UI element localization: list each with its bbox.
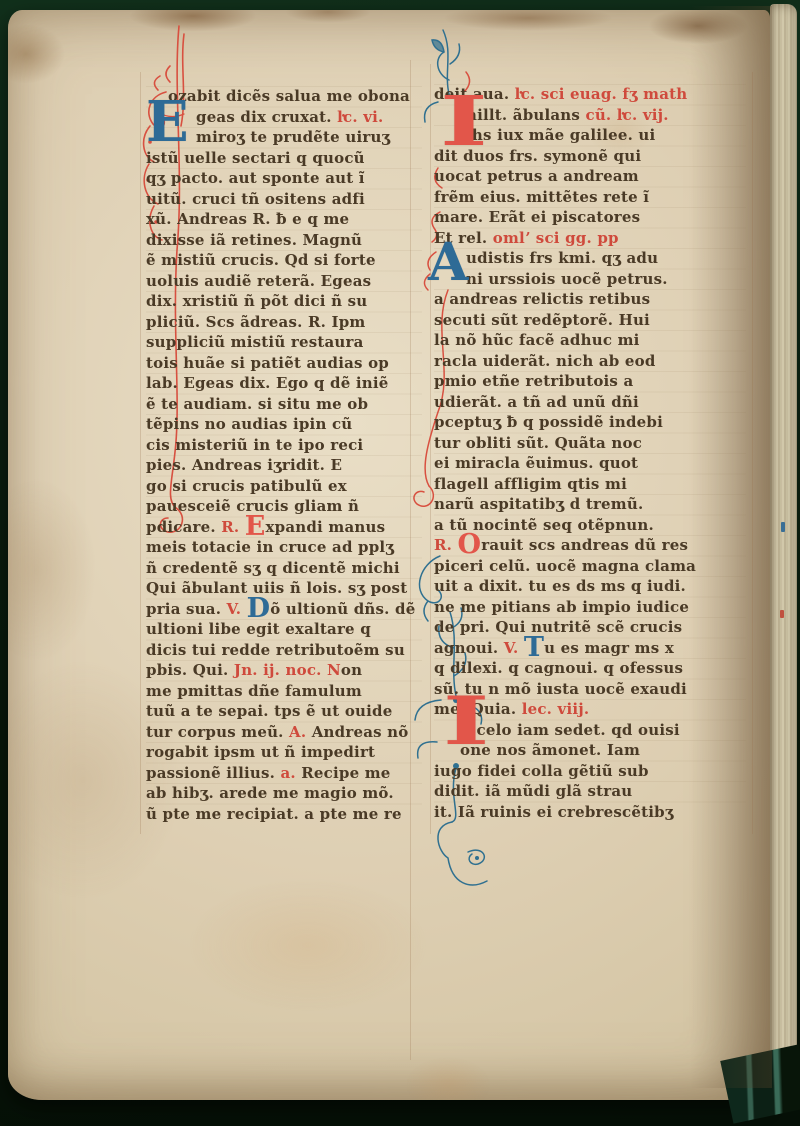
text-run: agnoui. xyxy=(434,639,504,657)
text-run: la nõ hũc facẽ adhuc mi xyxy=(434,331,640,349)
inline-initial-blue: D xyxy=(247,593,271,624)
text-line: ñ credentẽ sʒ q dicentẽ michi xyxy=(146,558,422,579)
text-line: udistis frs kmi. qʒ adu xyxy=(434,248,746,269)
text-line: de pri. Qui nutritẽ scẽ crucis xyxy=(434,617,746,638)
text-line: uocat petrus a andream xyxy=(434,166,746,187)
rubric-run: cũ. ŀc. vij. xyxy=(585,106,668,124)
text-line: suppliciũ mistiũ restaura xyxy=(146,332,422,353)
rubric-run: V. xyxy=(504,639,524,657)
text-line: tois huãe si patiẽt audias op xyxy=(146,353,422,374)
text-line: pdicare. R. Expandi manus xyxy=(146,517,422,538)
text-run: ũ pte me recipiat. a pte me re xyxy=(146,805,402,823)
text-run: me pmittas dñe famulum xyxy=(146,682,362,700)
text-run: õ ultionũ dñs. dẽ xyxy=(270,600,415,618)
text-run: xpandi manus xyxy=(266,518,386,536)
illuminated-initial-I: I xyxy=(443,692,489,751)
text-run: ozabit dicẽs salua me obona xyxy=(168,87,410,105)
text-run: udierãt. a tñ ad unũ dñi xyxy=(434,393,639,411)
text-run: go si crucis patibulũ ex xyxy=(146,477,347,495)
text-run: iugo fidei colla gẽtiũ sub xyxy=(434,762,649,780)
text-line: a andreas relictis retibus xyxy=(434,289,746,310)
text-line: pauesceiẽ crucis gliam ñ xyxy=(146,496,422,517)
text-run: Qui ãbulant uiis ñ lois. sʒ post xyxy=(146,579,407,597)
text-run: geas dix cruxat. xyxy=(196,108,337,126)
text-run: flagell affligim qtis mi xyxy=(434,475,627,493)
text-run: uit a dixit. tu es ds ms q iudi. xyxy=(434,577,686,595)
text-line: la nõ hũc facẽ adhuc mi xyxy=(434,330,746,351)
ruling-line-left xyxy=(140,72,141,834)
fore-edge-blue-fleck xyxy=(781,522,785,532)
text-run: miroʒ te prudẽte uiruʒ xyxy=(196,128,390,146)
text-run: lab. Egeas dix. Ego q dẽ iniẽ xyxy=(146,374,389,392)
text-run: tẽpins no audias ipin cũ xyxy=(146,415,352,433)
text-line: racla uiderãt. nich ab eod xyxy=(434,351,746,372)
text-line: secuti sũt redẽptorẽ. Hui xyxy=(434,310,746,331)
text-line: ni urssiois uocẽ petrus. xyxy=(434,269,746,290)
text-line: Et rel. omlʼ sci gg. pp xyxy=(434,228,746,249)
text-line: udierãt. a tñ ad unũ dñi xyxy=(434,392,746,413)
text-run: ihs iux mãe galilee. ui xyxy=(466,126,655,144)
text-line: iugo fidei colla gẽtiũ sub xyxy=(434,761,746,782)
text-run: pies. Andreas iʒridit. E xyxy=(146,456,342,474)
text-run: rauit scs andreas dũ res xyxy=(481,536,688,554)
inline-initial-red: E xyxy=(245,511,266,542)
text-run: uoluis audiẽ reterã. Egeas xyxy=(146,272,371,290)
rubric-run: R. xyxy=(434,536,458,554)
text-line: dicis tui redde retributoẽm su xyxy=(146,640,422,661)
rubric-run: V. xyxy=(227,600,247,618)
text-line: uoluis audiẽ reterã. Egeas xyxy=(146,271,422,292)
text-line: dixisse iã retines. Magnũ xyxy=(146,230,422,251)
text-line: didit. iã mũdi glã strau xyxy=(434,781,746,802)
text-run: udistis frs kmi. qʒ adu xyxy=(466,249,658,267)
text-line: ẽ te audiam. si situ me ob xyxy=(146,394,422,415)
text-line: Qui ãbulant uiis ñ lois. sʒ post xyxy=(146,578,422,599)
text-line: ultioni libe egit exaltare q xyxy=(146,619,422,640)
text-run: dicis tui redde retributoẽm su xyxy=(146,641,405,659)
text-run: uocat petrus a andream xyxy=(434,167,639,185)
text-line: pbis. Qui. Jn. ij. noc. Non xyxy=(146,660,422,681)
text-run: Andreas nõ xyxy=(312,723,409,741)
text-line: lab. Egeas dix. Ego q dẽ iniẽ xyxy=(146,373,422,394)
text-line: tur corpus meũ. A. Andreas nõ xyxy=(146,722,422,743)
text-line: uitũ. cruci tñ ositens adfi xyxy=(146,189,422,210)
text-run: uitũ. cruci tñ ositens adfi xyxy=(146,190,365,208)
text-line: meis totacie in cruce ad pplʒ xyxy=(146,537,422,558)
text-run: ẽ mistiũ crucis. Qd si forte xyxy=(146,251,376,269)
rubric-run: a. xyxy=(280,764,301,782)
text-line: ẽ mistiũ crucis. Qd si forte xyxy=(146,250,422,271)
text-line: agnoui. V. Tu es magr ms x xyxy=(434,638,746,659)
text-run: pria sua. xyxy=(146,600,227,618)
text-line: rogabit ipsm ut ñ impedirt xyxy=(146,742,422,763)
text-line: dix. xristiũ ñ põt dici ñ su xyxy=(146,291,422,312)
text-line: ei miracla ẽuimus. quot xyxy=(434,453,746,474)
text-line: pria sua. V. Dõ ultionũ dñs. dẽ xyxy=(146,599,422,620)
text-line: pies. Andreas iʒridit. E xyxy=(146,455,422,476)
text-run: tuũ a te sepai. tps ẽ ut ouide xyxy=(146,702,392,720)
text-line: pceptuʒ ƀ q possidẽ indebi xyxy=(434,412,746,433)
ruling-line-center-2 xyxy=(430,64,431,834)
illuminated-initial-A: A xyxy=(428,240,468,287)
text-run: cis misteriũ in te ipo reci xyxy=(146,436,363,454)
text-line: cis misteriũ in te ipo reci xyxy=(146,435,422,456)
inline-initial-red: O xyxy=(458,529,482,560)
rubric-run: R. xyxy=(221,518,245,536)
text-line: tuũ a te sepai. tps ẽ ut ouide xyxy=(146,701,422,722)
text-run: mare. Erãt ei piscatores xyxy=(434,208,640,226)
text-run: passionẽ illius. xyxy=(146,764,280,782)
text-line: pmio etñe retributois a xyxy=(434,371,746,392)
text-run: ab hibʒ. arede me magio mõ. xyxy=(146,784,394,802)
fore-edge-red-fleck xyxy=(780,610,784,618)
text-run: xũ. Andreas R. ƀ e q me xyxy=(146,210,349,228)
text-line: tẽpins no audias ipin cũ xyxy=(146,414,422,435)
text-line: narũ aspitatibʒ d tremũ. xyxy=(434,494,746,515)
text-run: narũ aspitatibʒ d tremũ. xyxy=(434,495,643,513)
text-line: flagell affligim qtis mi xyxy=(434,474,746,495)
text-line: ab hibʒ. arede me magio mõ. xyxy=(146,783,422,804)
ruling-line-right xyxy=(752,72,753,834)
text-line: q dilexi. q cagnoui. q ofessus xyxy=(434,658,746,679)
rubric-run: ŀc. vi. xyxy=(337,108,383,126)
text-run: dix. xristiũ ñ põt dici ñ su xyxy=(146,292,367,310)
text-line: go si crucis patibulũ ex xyxy=(146,476,422,497)
text-run: suppliciũ mistiũ restaura xyxy=(146,333,364,351)
text-run: n celo iam sedet. qd ouisi xyxy=(460,721,680,739)
text-run: dixisse iã retines. Magnũ xyxy=(146,231,362,249)
text-run: didit. iã mũdi glã strau xyxy=(434,782,632,800)
text-run: frẽm eius. mittẽtes rete ĩ xyxy=(434,188,649,206)
text-run: u es magr ms x xyxy=(544,639,674,657)
text-line: pliciũ. Scs ãdreas. R. Ipm xyxy=(146,312,422,333)
text-line: R. Orauit scs andreas dũ res xyxy=(434,535,746,556)
text-run: pceptuʒ ƀ q possidẽ indebi xyxy=(434,413,663,431)
illuminated-initial-E: E xyxy=(146,97,189,147)
text-run: it. Iã ruinis ei crebrescẽtibʒ xyxy=(434,803,674,821)
text-run: racla uiderãt. nich ab eod xyxy=(434,352,656,370)
text-line: passionẽ illius. a. Recipe me xyxy=(146,763,422,784)
rubric-run: A. xyxy=(289,723,312,741)
text-run: pdicare. xyxy=(146,518,221,536)
text-line: frẽm eius. mittẽtes rete ĩ xyxy=(434,187,746,208)
text-line: ũ pte me recipiat. a pte me re xyxy=(146,804,422,825)
text-run: ne me pitians ab impio iudice xyxy=(434,598,689,616)
text-run: rogabit ipsm ut ñ impedirt xyxy=(146,743,375,761)
text-line: uit a dixit. tu es ds ms q iudi. xyxy=(434,576,746,597)
illuminated-initial-I: I xyxy=(440,92,488,153)
text-run: secuti sũt redẽptorẽ. Hui xyxy=(434,311,650,329)
text-run: ei miracla ẽuimus. quot xyxy=(434,454,638,472)
text-line: qʒ pacto. aut sponte aut ĩ xyxy=(146,168,422,189)
rubric-run: Jn. ij. noc. N xyxy=(234,661,341,679)
rubric-run: ŀc. sci euag. fʒ math xyxy=(515,85,688,103)
rubric-run: omlʼ sci gg. pp xyxy=(493,229,619,247)
rubric-run: lec. viij. xyxy=(522,700,590,718)
text-run: meis totacie in cruce ad pplʒ xyxy=(146,538,394,556)
text-line: xũ. Andreas R. ƀ e q me xyxy=(146,209,422,230)
text-column-left: ozabit dicẽs salua me obonageas dix crux… xyxy=(146,86,422,824)
inline-initial-blue: T xyxy=(524,632,544,663)
text-line: tur obliti sũt. Quãta noc xyxy=(434,433,746,454)
text-run: pliciũ. Scs ãdreas. R. Ipm xyxy=(146,313,365,331)
text-run: de pri. Qui nutritẽ scẽ crucis xyxy=(434,618,682,636)
text-run: tois huãe si patiẽt audias op xyxy=(146,354,389,372)
text-run: q dilexi. q cagnoui. q ofessus xyxy=(434,659,683,677)
text-run: on xyxy=(341,661,362,679)
text-line: me pmittas dñe famulum xyxy=(146,681,422,702)
text-run: ni urssiois uocẽ petrus. xyxy=(466,270,668,288)
text-run: qʒ pacto. aut sponte aut ĩ xyxy=(146,169,365,187)
book-fore-edge xyxy=(770,4,797,1086)
text-run: ẽ te audiam. si situ me ob xyxy=(146,395,368,413)
text-run: Recipe me xyxy=(301,764,390,782)
text-line: mare. Erãt ei piscatores xyxy=(434,207,746,228)
text-line: it. Iã ruinis ei crebrescẽtibʒ xyxy=(434,802,746,823)
text-run: tur corpus meũ. xyxy=(146,723,289,741)
photo-background: ozabit dicẽs salua me obonageas dix crux… xyxy=(0,0,800,1126)
text-line: ne me pitians ab impio iudice xyxy=(434,597,746,618)
text-run: pmio etñe retributois a xyxy=(434,372,633,390)
text-run: pbis. Qui. xyxy=(146,661,234,679)
text-run: tur obliti sũt. Quãta noc xyxy=(434,434,642,452)
text-run: ñ credentẽ sʒ q dicentẽ michi xyxy=(146,559,400,577)
